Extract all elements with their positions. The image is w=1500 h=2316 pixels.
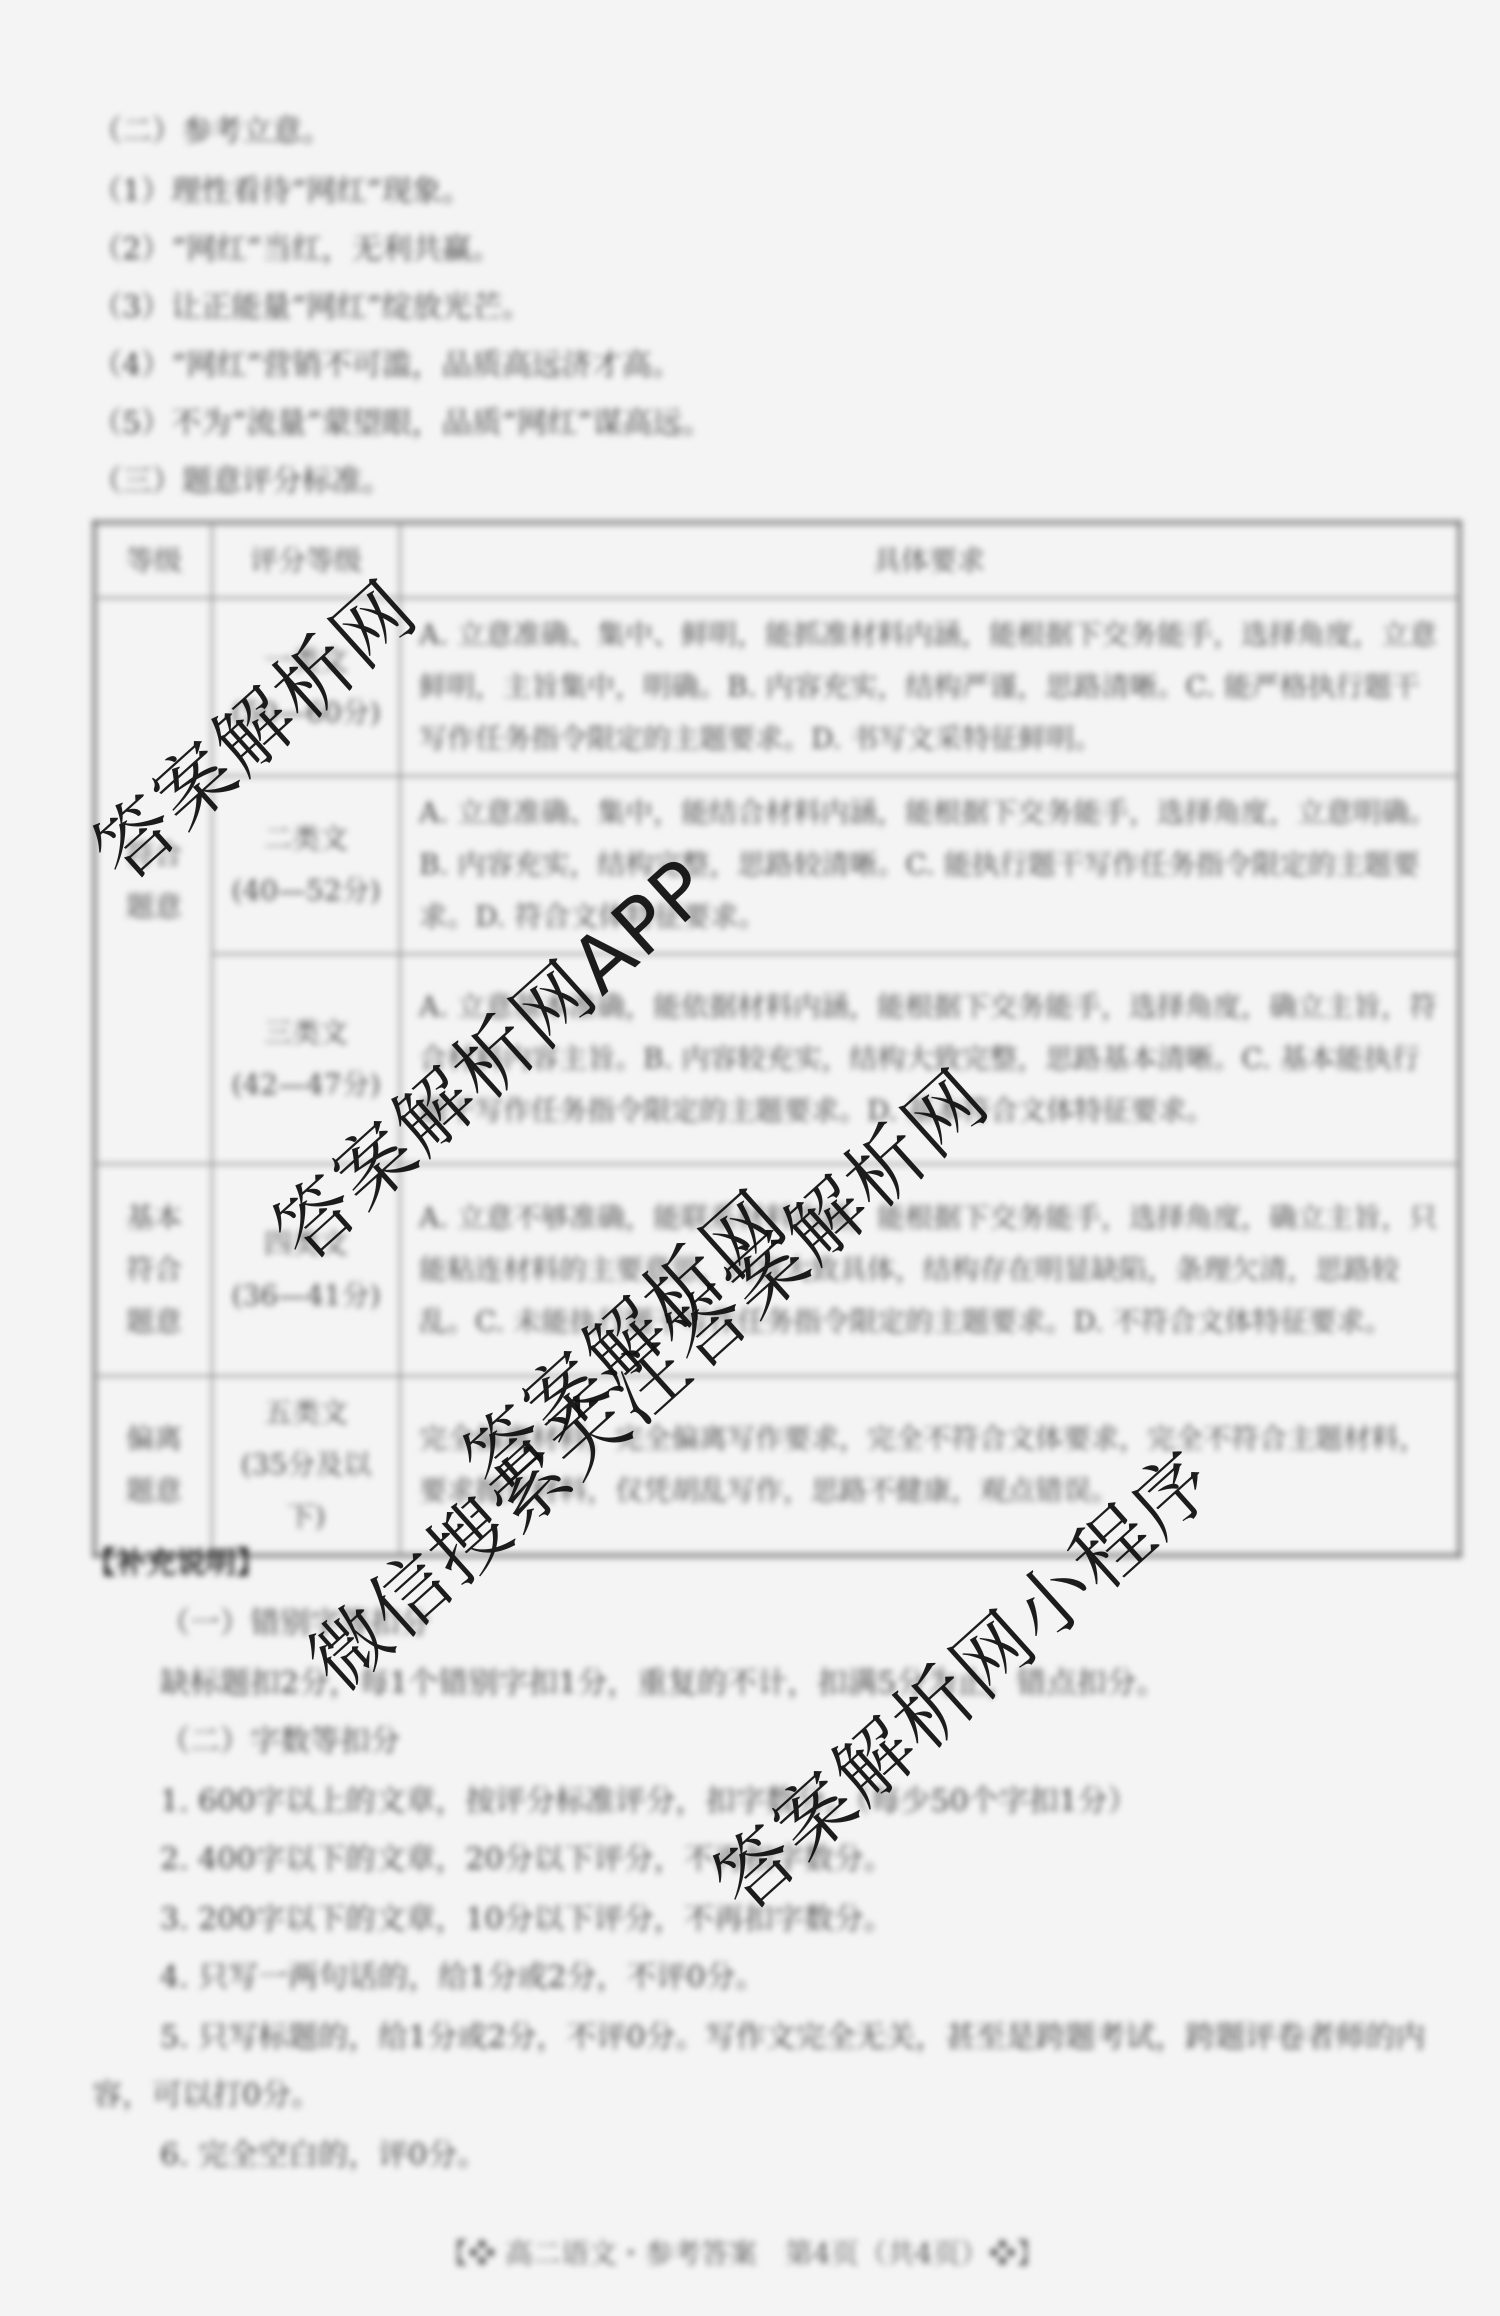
idea-item: （4）“网红”营销不可滥，品质高远济才高。 — [92, 346, 682, 386]
table-row: 偏离 题意 五类文 (35分及以下) 完全偏离材料，完全偏离写作要求，完全不符合… — [95, 1376, 1460, 1556]
page-footer: 【❖ 高二语文・参考答案 第4页（共4页）❖】 — [440, 2232, 1045, 2272]
table-header-row: 等级 评分等级 具体要求 — [95, 523, 1460, 599]
level-cell: 偏离 题意 — [95, 1376, 213, 1556]
supplement-line: 5. 只写标题的，给1分或2分，不评0分。写作文完全无关，甚至是跨题考试，跨题评… — [160, 2018, 1425, 2058]
table-row: 二类文 (40—52分) A. 立意准确、集中，能结合材料内涵，能根据下交务能手… — [95, 776, 1460, 954]
supplement-heading: 【补充说明】 — [86, 1544, 266, 1584]
supplement-line: （二）字数等扣分 — [160, 1722, 400, 1762]
supplement-line: 6. 完全空白的，评0分。 — [160, 2136, 487, 2176]
header-requirements: 具体要求 — [400, 523, 1460, 599]
grade-cell: 五类文 (35分及以下) — [212, 1376, 400, 1556]
idea-item: （5）不为“流量”蒙望眼，品质“网红”谋高远。 — [92, 404, 712, 444]
idea-item: （3）让正能量“网红”绽放光芒。 — [92, 288, 532, 328]
idea-item: （1）理性看待“网红”现象。 — [92, 172, 472, 212]
section-heading: （三）题意评分标准。 — [92, 462, 392, 502]
desc-cell: A. 立意准确、集中、鲜明，能抓准材料内涵，能根据下交务能手，选择角度，立意鲜明… — [400, 598, 1460, 776]
idea-item: （2）“网红”当红，无利共赢。 — [92, 230, 502, 270]
supplement-line: 4. 只写一两句话的，给1分或2分，不评0分。 — [160, 1958, 765, 1998]
level-cell: 基本 符合 题意 — [95, 1164, 213, 1376]
answer-key-page: （二）参考立意。 （1）理性看待“网红”现象。 （2）“网红”当红，无利共赢。 … — [0, 0, 1500, 2316]
header-level: 等级 — [95, 523, 213, 599]
section-heading: （二）参考立意。 — [92, 112, 332, 152]
supplement-line: 1. 600字以上的文章，按评分标准评分，扣字数分。（每少50个字扣1分） — [160, 1782, 1138, 1822]
supplement-line: 容，可以打0分。 — [92, 2076, 321, 2116]
table-row: 三类文 (42—47分) A. 立意基本准确，能依据材料内涵，能根据下交务能手，… — [95, 954, 1460, 1164]
